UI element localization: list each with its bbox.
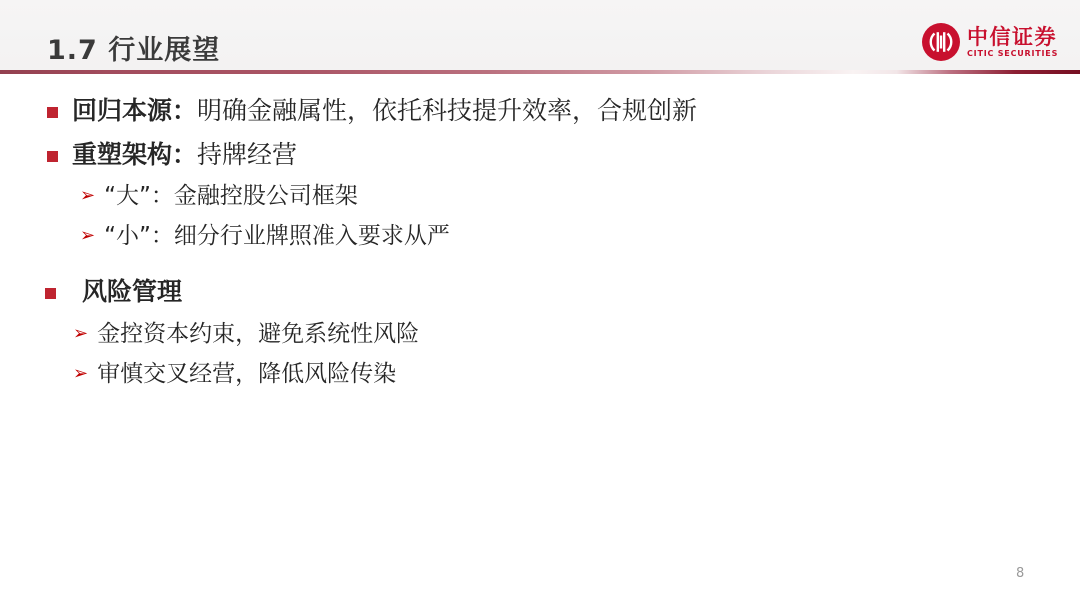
sub-bullet-3-1: ➢ 金控资本约束，避免系统性风险	[73, 320, 419, 348]
bullet-2-lead: 重塑架构：	[72, 140, 197, 169]
square-bullet-icon	[47, 107, 58, 118]
arrow-bullet-icon: ➢	[80, 182, 95, 210]
bullet-1-text: 回归本源：明确金融属性，依托科技提升效率，合规创新	[72, 95, 697, 127]
sub-bullet-2-2-text: “小”：细分行业牌照准入要求从严	[104, 222, 450, 250]
sub-bullet-3-2: ➢ 审慎交叉经营，降低风险传染	[73, 360, 396, 388]
sub-bullet-2-2: ➢ “小”：细分行业牌照准入要求从严	[80, 222, 450, 250]
citic-logo-icon	[921, 22, 961, 62]
page-title: 1.7 行业展望	[47, 28, 220, 67]
bullet-2-text: 重塑架构：持牌经营	[72, 139, 297, 171]
sub-bullet-2-1: ➢ “大”：金融控股公司框架	[80, 182, 358, 210]
bullet-item-1: 回归本源：明确金融属性，依托科技提升效率，合规创新	[47, 95, 697, 127]
sub-bullet-3-1-text: 金控资本约束，避免系统性风险	[97, 320, 419, 348]
slide: 1.7 行业展望 中信证券 CITIC SECURITIES 回归本源：明确金融…	[0, 0, 1080, 607]
logo-name-en: CITIC SECURITIES	[967, 49, 1058, 59]
square-bullet-icon	[47, 151, 58, 162]
citic-logo: 中信证券 CITIC SECURITIES	[921, 22, 1058, 62]
logo-text: 中信证券 CITIC SECURITIES	[967, 26, 1058, 59]
sub-bullet-2-1-text: “大”：金融控股公司框架	[104, 182, 358, 210]
arrow-bullet-icon: ➢	[73, 360, 88, 388]
bullet-item-2: 重塑架构：持牌经营	[47, 139, 297, 171]
sub-bullet-3-2-text: 审慎交叉经营，降低风险传染	[97, 360, 396, 388]
bullet-3-lead: 风险管理	[82, 277, 182, 306]
arrow-bullet-icon: ➢	[80, 222, 95, 250]
square-bullet-icon	[45, 288, 56, 299]
bullet-3-text: 风险管理	[82, 276, 182, 308]
bullet-2-body: 持牌经营	[197, 140, 297, 169]
bullet-1-body: 明确金融属性，依托科技提升效率，合规创新	[197, 96, 697, 125]
bullet-item-3: 风险管理	[45, 276, 182, 308]
logo-name-cn: 中信证券	[967, 26, 1058, 49]
bullet-1-lead: 回归本源：	[72, 96, 197, 125]
header-divider-line	[0, 70, 1080, 74]
page-number: 8	[1016, 566, 1024, 581]
arrow-bullet-icon: ➢	[73, 320, 88, 348]
